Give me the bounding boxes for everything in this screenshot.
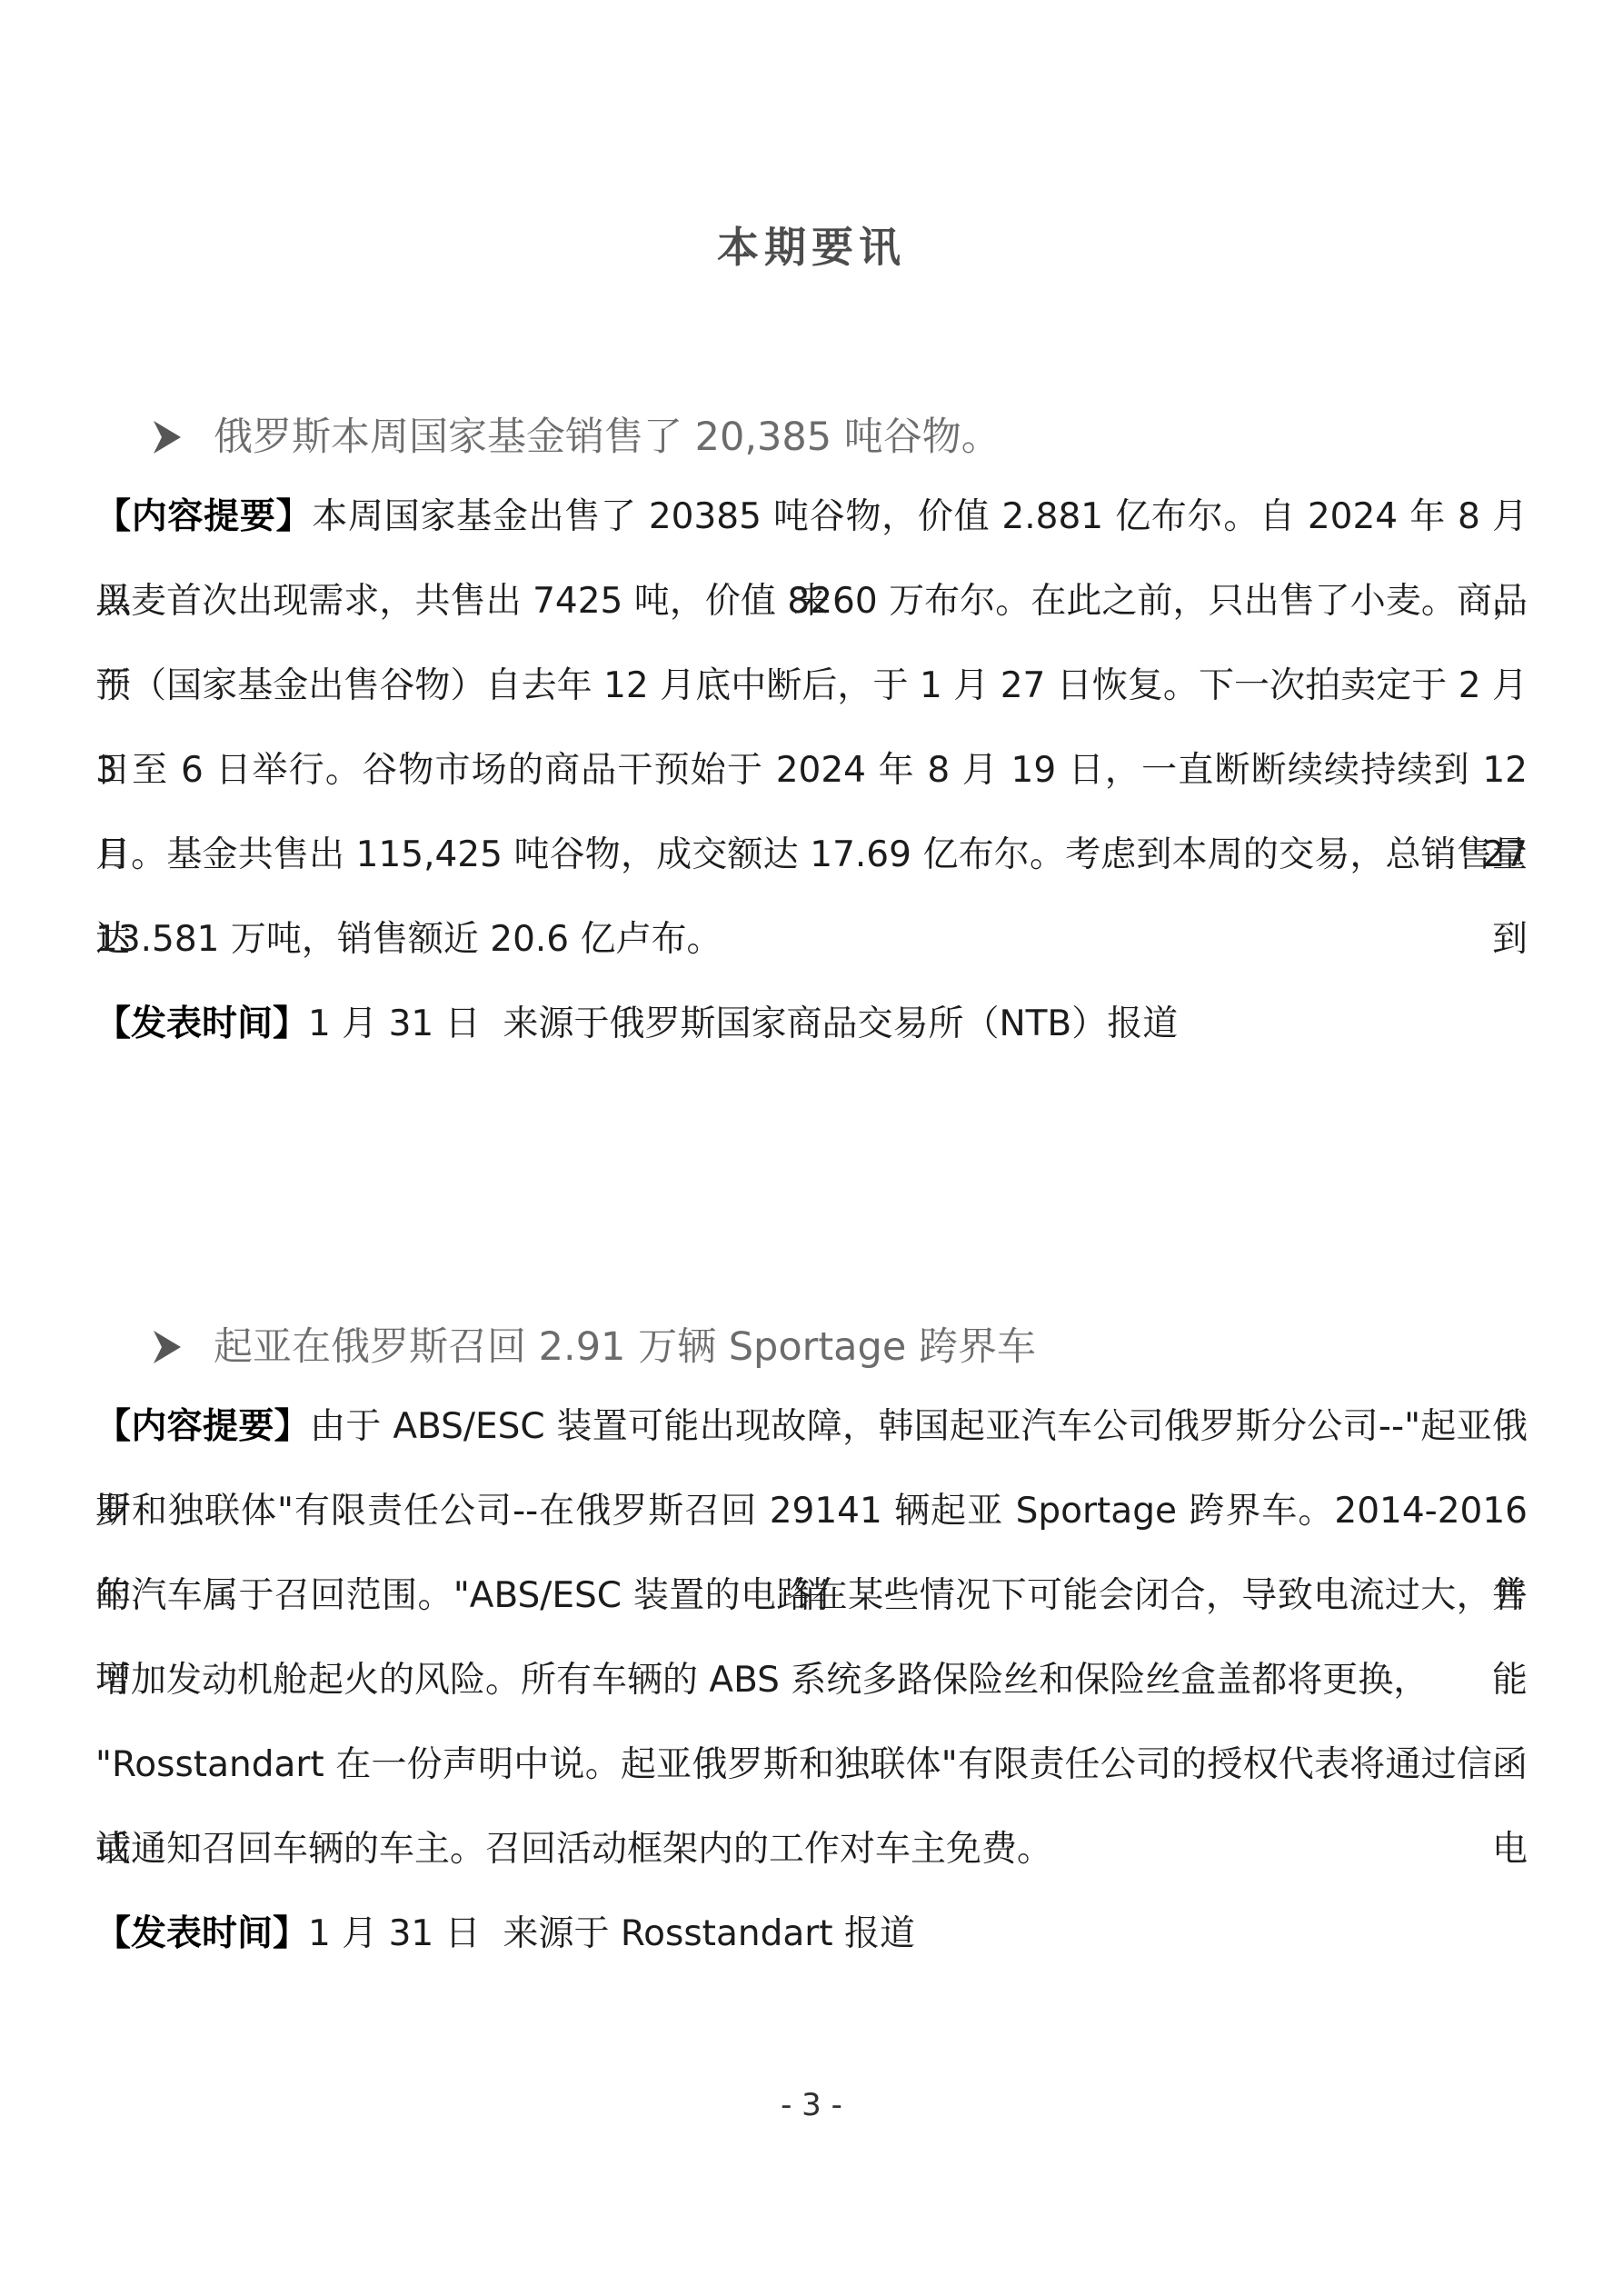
paragraph-line: 日。基金共售出 115,425 吨谷物，成交额达 17.69 亿布尔。考虑到本周… (95, 813, 1528, 897)
publish-line: 【发表时间】1 月 31 日 来源于俄罗斯国家商品交易所（NTB）报道 (95, 982, 1528, 1066)
section-heading-grain-sale: 俄罗斯本周国家基金销售了 20,385 吨谷物。 (154, 409, 1528, 465)
summary-label: 【内容提要】 (95, 1406, 310, 1447)
page-title: 本期要讯 (95, 0, 1528, 273)
publish-text: 1 月 31 日 来源于俄罗斯国家商品交易所（NTB）报道 (308, 1003, 1178, 1044)
section-heading-text: 俄罗斯本周国家基金销售了 20,385 吨谷物。 (214, 409, 1001, 465)
document-page: 本期要讯 俄罗斯本周国家基金销售了 20,385 吨谷物。 【内容提要】本周国家… (0, 0, 1623, 1976)
paragraph-line: 的汽车属于召回范围。"ABS/ESC 装置的电路在某些情况下可能会闭合，导致电流… (95, 1553, 1528, 1638)
section-heading-kia-recall: 起亚在俄罗斯召回 2.91 万辆 Sportage 跨界车 (154, 1319, 1528, 1375)
section-summary-paragraph: 【内容提要】由于 ABS/ESC 装置可能出现故障，韩国起亚汽车公司俄罗斯分公司… (95, 1384, 1528, 1976)
publish-label: 【发表时间】 (95, 1913, 308, 1954)
paragraph-line: 预（国家基金出售谷物）自去年 12 月底中断后，于 1 月 27 日恢复。下一次… (95, 644, 1528, 728)
paragraph-line: 日至 6 日举行。谷物市场的商品干预始于 2024 年 8 月 19 日，一直断… (95, 728, 1528, 813)
summary-label: 【内容提要】 (95, 496, 312, 537)
paragraph-line: 增加发动机舱起火的风险。所有车辆的 ABS 系统多路保险丝和保险丝盒盖都将更换， (95, 1638, 1528, 1722)
paragraph-line: 【内容提要】由于 ABS/ESC 装置可能出现故障，韩国起亚汽车公司俄罗斯分公司… (95, 1384, 1528, 1469)
arrowhead-right-icon (154, 1331, 181, 1363)
section-heading-text: 起亚在俄罗斯召回 2.91 万辆 Sportage 跨界车 (214, 1319, 1036, 1375)
paragraph-line: 【内容提要】本周国家基金出售了 20385 吨谷物，价值 2.881 亿布尔。自… (95, 474, 1528, 559)
paragraph-line: 黑麦首次出现需求，共售出 7425 吨，价值 8260 万布尔。在此之前，只出售… (95, 559, 1528, 644)
publish-line: 【发表时间】1 月 31 日 来源于 Rosstandart 报道 (95, 1892, 1528, 1976)
paragraph-line: "Rosstandart 在一份声明中说。起亚俄罗斯和独联体"有限责任公司的授权… (95, 1722, 1528, 1807)
publish-label: 【发表时间】 (95, 1003, 308, 1044)
arrowhead-right-icon (154, 421, 181, 454)
section-summary-paragraph: 【内容提要】本周国家基金出售了 20385 吨谷物，价值 2.881 亿布尔。自… (95, 474, 1528, 1066)
paragraph-line: 斯和独联体"有限责任公司--在俄罗斯召回 29141 辆起亚 Sportage … (95, 1469, 1528, 1553)
publish-text: 1 月 31 日 来源于 Rosstandart 报道 (308, 1913, 915, 1954)
page-number: - 3 - (0, 2087, 1623, 2123)
